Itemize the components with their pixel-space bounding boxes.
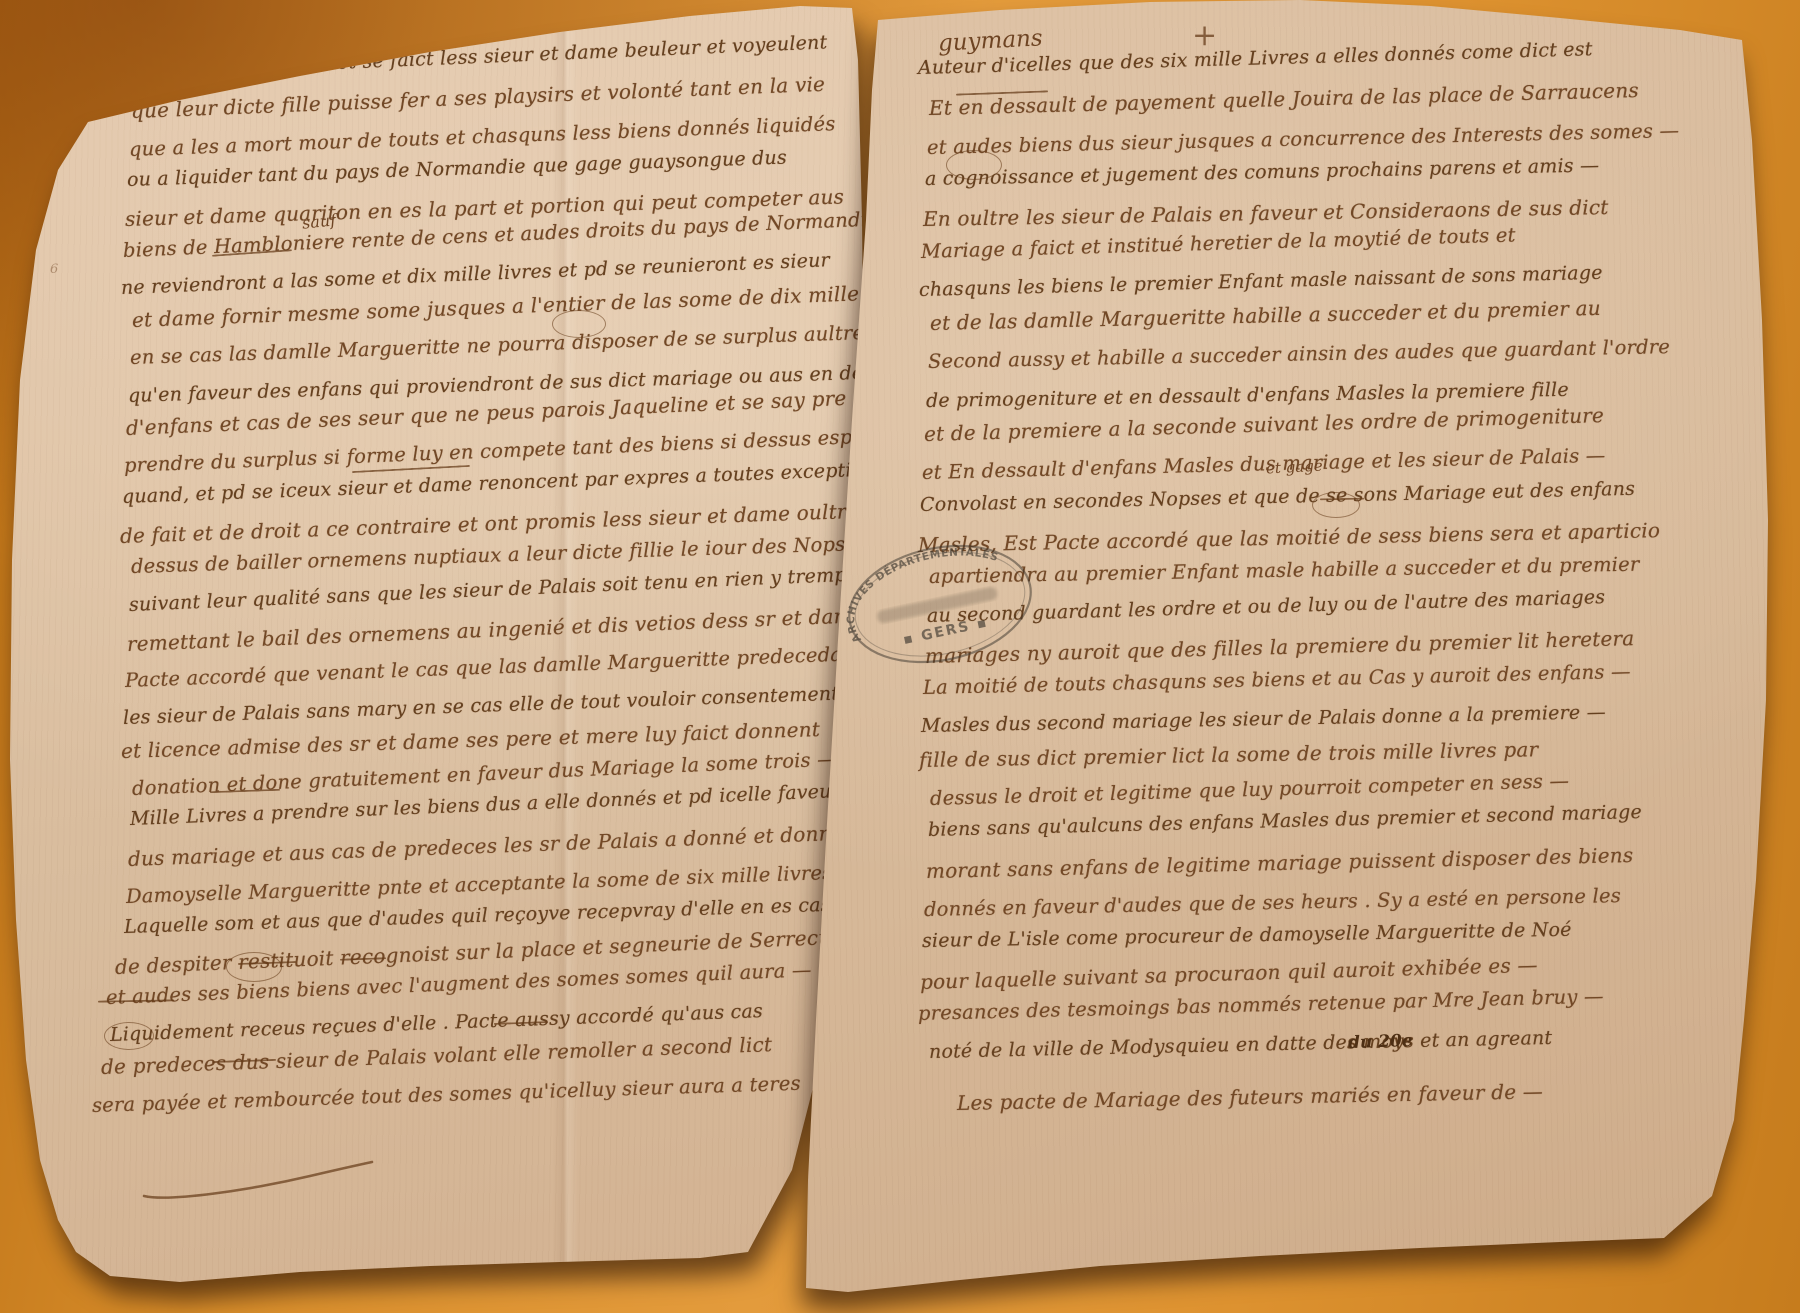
handwritten-line: Pacte accordé que venant le cas que las … [125, 643, 851, 693]
header-note: guymans [937, 25, 1043, 56]
handwritten-line: suivant leur qualité sans que les sieur … [129, 563, 868, 616]
handwritten-line: Damoyselle Margueritte pnte et acceptant… [126, 861, 833, 908]
handwritten-line: quand, et pd se iceux sieur et dame reno… [122, 458, 886, 508]
handwritten-line: et audes biens dus sieur jusques a concu… [927, 119, 1680, 159]
handwritten-line: Mille Livres a prendre sur les biens dus… [130, 780, 842, 830]
strikethrough-mark [98, 999, 174, 1002]
handwritten-line: sera payée et rembourcée tout des somes … [92, 1071, 801, 1116]
handwritten-line: donnés en faveur d'audes que de ses heur… [924, 884, 1621, 921]
handwritten-line: et de las damlle Margueritte habille a s… [930, 296, 1601, 335]
handwritten-line: dessus de bailler ornemens nuptiaux a le… [131, 531, 894, 578]
svg-text:ARCHIVES DÉPARTEMENTALES: ARCHIVES DÉPARTEMENTALES [834, 536, 1013, 646]
circled-word-mark [226, 952, 282, 982]
strikethrough-mark [956, 90, 1048, 95]
strikethrough-mark [352, 465, 470, 473]
handwritten-line: Mariage a faict et institué heretier de … [921, 223, 1516, 263]
strikethrough-mark [210, 789, 280, 793]
handwritten-line: et En dessault d'enfans Masles dus maria… [922, 444, 1606, 484]
left-page-shadow: faicte les liquidations et se faict less… [0, 0, 1800, 1313]
handwritten-line: Second aussy et habille a succeder ainsi… [928, 335, 1670, 373]
handwritten-line: presances des tesmoings bas nommés reten… [918, 984, 1604, 1024]
handwritten-line: et de la premiere a la seconde suivant l… [924, 403, 1605, 446]
handwritten-line: noté de la ville de Modysquieu en datte … [929, 1027, 1553, 1063]
handwritten-line: dessus le droit et legitime que luy pour… [930, 769, 1570, 810]
handwritten-line: chasquns les biens le premier Enfant mas… [919, 261, 1603, 300]
handwritten-line: morant sans enfans de legitime mariage p… [926, 843, 1634, 883]
interline-insertion-date: du 20e [1348, 1031, 1413, 1053]
stamp-line2: ▪ GERS ▪ [902, 615, 990, 649]
handwritten-line: ne reviendront a las some et dix mille l… [121, 249, 831, 299]
handwritten-line: sieur et dame quariton en es la part et … [125, 185, 845, 232]
handwritten-line: et audes ses biens biens avec l'augment … [106, 958, 812, 1009]
handwritten-line: pour laquelle suivant sa procuraon quil … [920, 952, 1538, 993]
handwritten-line: apartiendra au premier Enfant masle habi… [929, 553, 1640, 588]
interline-insertion-sauf: sauf [301, 210, 337, 232]
handwritten-line: Les pacte de Mariage des futeurs mariés … [957, 1080, 1543, 1116]
handwritten-line: de predeces dus sieur de Palais volant e… [101, 1033, 773, 1080]
handwritten-line: et dame fornir mesme some jusques a l'en… [132, 279, 923, 332]
interline-insertion-et-gage: et gage [1266, 457, 1324, 478]
right-page-shadow: Auteur d'icelles que des six mille Livre… [0, 0, 1800, 1313]
circled-word-mark [104, 1022, 154, 1050]
handwritten-line: sieur de L'isle come procureur de damoys… [922, 919, 1572, 952]
handwritten-line: Laquelle som et aus que d'audes quil reç… [124, 894, 831, 938]
left-page-text-layer: faicte les liquidations et se faict less… [0, 0, 1800, 1313]
handwritten-line: mariages ny auroit que des filles la pre… [925, 626, 1635, 668]
handwritten-line: en se cas las damlle Margueritte ne pour… [130, 320, 903, 369]
handwritten-line: Auteur d'icelles que des six mille Livre… [918, 38, 1593, 79]
handwritten-line: les sieur de Palais sans mary en se cas … [123, 683, 840, 729]
handwritten-line: biens sans qu'aulcuns des enfans Masles … [928, 801, 1642, 841]
handwritten-line: Convolast en secondes Nopses et que de s… [920, 477, 1636, 515]
handwritten-line: de fait et de droit a ce contraire et on… [120, 498, 889, 548]
handwritten-line: ou a liquider tant du pays de Normandie … [127, 146, 788, 190]
strikethrough-mark [212, 249, 292, 257]
right-page-text-layer: Auteur d'icelles que des six mille Livre… [0, 0, 1800, 1313]
circled-word-mark [946, 150, 1002, 180]
handwritten-line: de primogeniture et en dessault d'enfans… [926, 378, 1569, 411]
handwritten-line: Et en dessault de payement quelle Jouira… [929, 78, 1639, 120]
handwritten-line: au second guardant les ordre et ou de lu… [927, 586, 1606, 627]
handwritten-line: Masles, Est Pacte accordé que las moitié… [918, 518, 1661, 557]
handwritten-line: et licence admise des sr et dame ses per… [121, 717, 821, 763]
strikethrough-mark [340, 957, 386, 961]
right-page: Auteur d'icelles que des six mille Livre… [0, 0, 1800, 1313]
handwritten-line: faicte les liquidations et se faict less… [120, 31, 828, 83]
circled-word-mark [1312, 492, 1360, 518]
manuscript-photo: faicte les liquidations et se faict less… [0, 0, 1800, 1313]
handwritten-line: fille de sus dict premier lict la some d… [919, 737, 1539, 772]
handwritten-line: La moitié de touts chasquns ses biens et… [923, 660, 1631, 699]
handwritten-line: que leur dicte fille puisse fer a ses pl… [131, 72, 826, 123]
handwritten-line: qu'en faveur des enfans qui proviendront… [128, 360, 922, 407]
handwritten-line: a cognoissance et jugement des comuns pr… [925, 154, 1600, 190]
handwritten-line: dus mariage et aus cas de predeces les s… [128, 818, 899, 870]
left-page: faicte les liquidations et se faict less… [0, 0, 1800, 1313]
pen-flourish [130, 1150, 390, 1210]
strikethrough-mark [494, 1021, 548, 1025]
handwritten-line: que a les a mort mour de touts et chasqu… [129, 112, 836, 161]
handwritten-line: remettant le bail des ornemens au ingeni… [127, 603, 866, 656]
handwritten-line: Masles dus second mariage les sieur de P… [921, 702, 1606, 738]
handwritten-line: d'enfans et cas de ses seur que ne peus … [125, 386, 846, 440]
handwritten-line: prendre du surplus si forme luy en compe… [124, 423, 918, 477]
cross-mark: + [1192, 18, 1217, 53]
stamp-line1: ARCHIVES DÉPARTEMENTALES [834, 536, 1013, 646]
stamp-illegible-line [876, 586, 998, 624]
left-page-crease [552, 0, 578, 1313]
strikethrough-mark [212, 1059, 276, 1063]
handwritten-line: En oultre les sieur de Palais en faveur … [923, 195, 1609, 231]
circled-word-mark [552, 310, 606, 338]
margin-mark: 6 [50, 262, 58, 277]
handwritten-line: Liquidement receus reçues d'elle . Pacte… [110, 1000, 764, 1046]
archive-stamp: ARCHIVES DÉPARTEMENTALES ▪ GERS ▪ [831, 521, 1049, 687]
